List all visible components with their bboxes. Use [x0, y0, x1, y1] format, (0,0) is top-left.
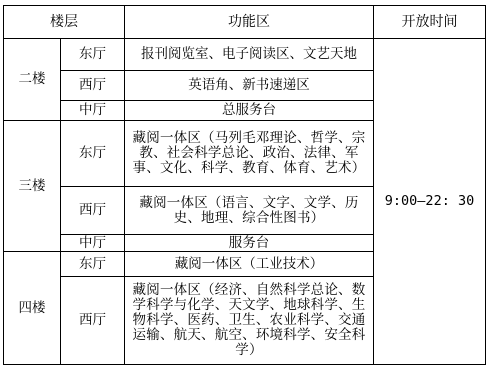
function-cell: 藏阅一体区（经济、自然科学总论、数学科学与化学、天文学、地球科学、生物科学、医药…	[125, 277, 374, 365]
function-cell: 总服务台	[125, 101, 374, 121]
hall-cell: 东厅	[61, 121, 125, 187]
floor-cell: 四楼	[4, 252, 61, 365]
library-floor-table: 楼层 功能区 开放时间 二楼 东厅 报刊阅览室、电子阅读区、文艺天地 9:00—…	[3, 5, 486, 365]
function-cell: 服务台	[125, 235, 374, 252]
hall-cell: 西厅	[61, 71, 125, 101]
header-hours: 开放时间	[374, 6, 486, 39]
function-cell: 藏阅一体区（语言、文字、文学、历史、地理、综合性图书）	[125, 187, 374, 235]
function-cell: 英语角、新书速递区	[125, 71, 374, 101]
floor-cell: 二楼	[4, 39, 61, 121]
function-cell: 藏阅一体区（工业技术）	[125, 252, 374, 277]
table-row: 二楼 东厅 报刊阅览室、电子阅读区、文艺天地 9:00—22: 30	[4, 39, 486, 71]
hall-cell: 中厅	[61, 101, 125, 121]
opening-hours-cell: 9:00—22: 30	[374, 39, 486, 365]
hall-cell: 东厅	[61, 39, 125, 71]
floor-cell: 三楼	[4, 121, 61, 252]
function-cell: 藏阅一体区（马列毛邓理论、哲学、宗教、社会科学总论、政治、法律、军事、文化、科学…	[125, 121, 374, 187]
header-floor: 楼层	[4, 6, 125, 39]
hall-cell: 西厅	[61, 277, 125, 365]
hall-cell: 东厅	[61, 252, 125, 277]
header-row: 楼层 功能区 开放时间	[4, 6, 486, 39]
header-function: 功能区	[125, 6, 374, 39]
hall-cell: 中厅	[61, 235, 125, 252]
function-cell: 报刊阅览室、电子阅读区、文艺天地	[125, 39, 374, 71]
hall-cell: 西厅	[61, 187, 125, 235]
